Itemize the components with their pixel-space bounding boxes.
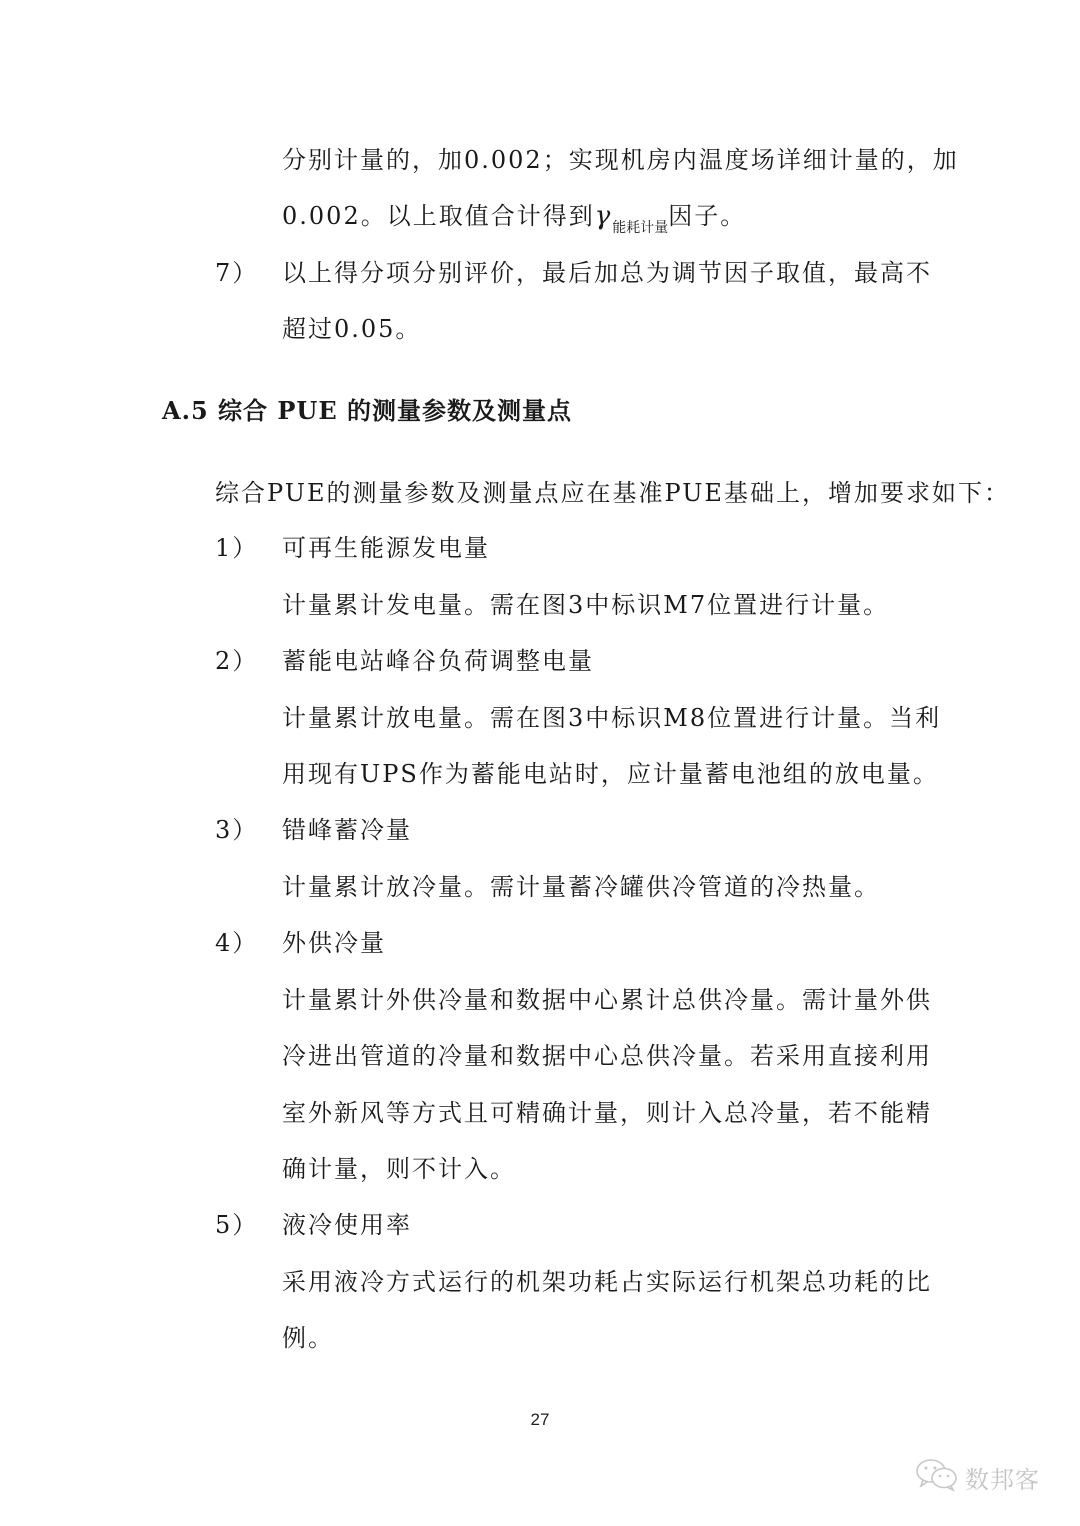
- item-1-title: 可再生能源发电量: [282, 532, 490, 564]
- item-4-line-4: 确计量，则不计入。: [282, 1153, 516, 1185]
- item-4-number: 4）: [215, 927, 258, 959]
- continuation-line-1: 分别计量的，加0.002；实现机房内温度场详细计量的，加: [282, 144, 959, 176]
- wechat-icon: [915, 1458, 959, 1496]
- item-5-line-2: 例。: [282, 1322, 334, 1354]
- gamma-symbol: γ: [595, 201, 613, 231]
- watermark-text: 数邦客: [965, 1460, 1040, 1495]
- item-5-line-1: 采用液冷方式运行的机架功耗占实际运行机架总功耗的比: [282, 1266, 932, 1298]
- item-3-number: 3）: [215, 814, 258, 846]
- item-4-line-1: 计量累计外供冷量和数据中心累计总供冷量。需计量外供: [282, 984, 932, 1016]
- item-2-line-2: 用现有UPS作为蓄能电站时，应计量蓄电池组的放电量。: [282, 758, 939, 790]
- item-7-line-1: 以上得分项分别评价，最后加总为调节因子取值，最高不: [282, 257, 932, 289]
- item-7-line-2: 超过0.05。: [282, 313, 421, 345]
- continuation-line-2: 0.002。以上取值合计得到γ能耗计量因子。: [282, 200, 746, 244]
- section-intro: 综合PUE的测量参数及测量点应在基准PUE基础上，增加要求如下：: [215, 477, 1010, 509]
- item-5-number: 5）: [215, 1209, 258, 1241]
- watermark: 数邦客: [915, 1458, 1040, 1496]
- item-3-title: 错峰蓄冷量: [282, 814, 412, 846]
- item-3-line-1: 计量累计放冷量。需计量蓄冷罐供冷管道的冷热量。: [282, 871, 880, 903]
- page-number: 27: [0, 1410, 1080, 1430]
- continuation-line-2-prefix: 0.002。以上取值合计得到: [282, 202, 595, 230]
- section-heading: A.5 综合 PUE 的测量参数及测量点: [162, 395, 572, 427]
- item-1-line-1: 计量累计发电量。需在图3中标识M7位置进行计量。: [282, 589, 889, 621]
- gamma-subscript: 能耗计量: [612, 220, 668, 236]
- continuation-line-2-suffix: 因子。: [668, 202, 746, 230]
- item-4-line-3: 室外新风等方式且可精确计量，则计入总冷量，若不能精: [282, 1097, 932, 1129]
- item-2-title: 蓄能电站峰谷负荷调整电量: [282, 645, 594, 677]
- item-4-line-2: 冷进出管道的冷量和数据中心总供冷量。若采用直接利用: [282, 1040, 932, 1072]
- item-7-number: 7）: [215, 257, 258, 289]
- item-2-line-1: 计量累计放电量。需在图3中标识M8位置进行计量。当利: [282, 702, 941, 734]
- item-5-title: 液冷使用率: [282, 1209, 412, 1241]
- item-2-number: 2）: [215, 645, 258, 677]
- item-1-number: 1）: [215, 532, 258, 564]
- item-4-title: 外供冷量: [282, 927, 386, 959]
